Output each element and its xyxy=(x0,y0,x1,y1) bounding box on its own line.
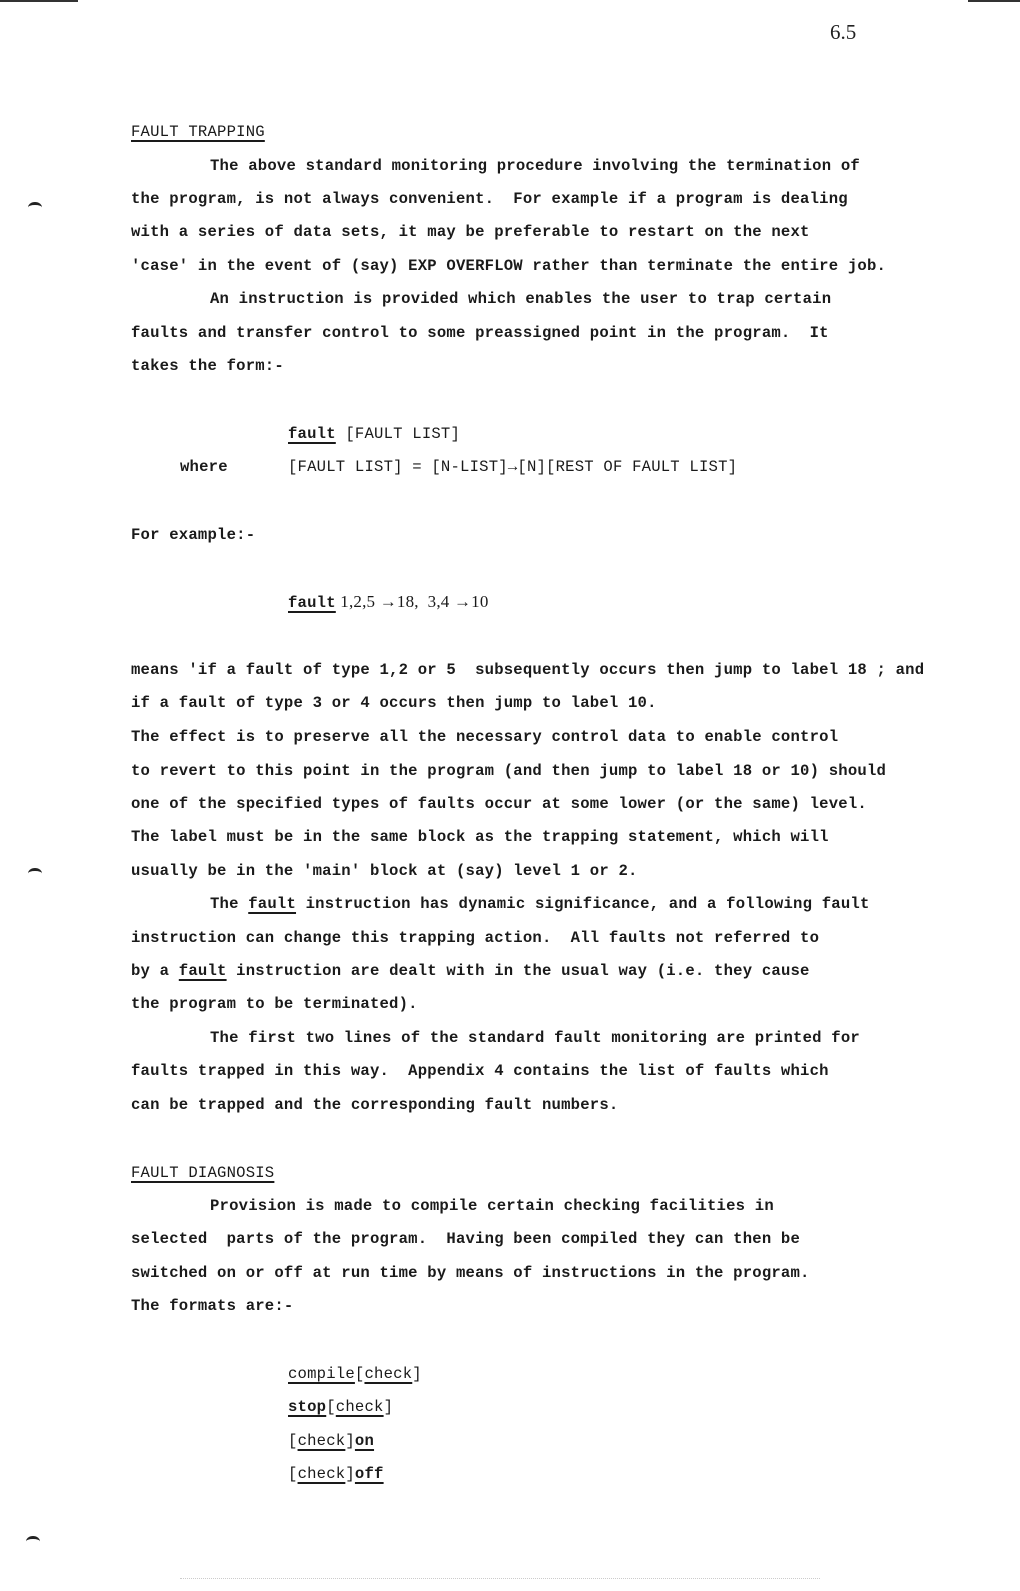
keyword-fault: fault xyxy=(248,895,296,913)
paragraph-line: by a fault instruction are dealt with in… xyxy=(131,961,810,981)
keyword-fault: fault xyxy=(288,594,336,612)
paragraph-line: usually be in the 'main' block at (say) … xyxy=(131,861,638,881)
section-heading-fault-diagnosis: FAULT DIAGNOSIS xyxy=(131,1163,274,1183)
paragraph-line: with a series of data sets, it may be pr… xyxy=(131,222,810,242)
syntax-form: fault [FAULT LIST] xyxy=(288,424,460,444)
paragraph-line: the program, is not always convenient. F… xyxy=(131,189,848,209)
keyword-fault: fault xyxy=(288,425,336,443)
format-stop-check: stop[check] xyxy=(288,1397,393,1417)
punch-hole-mark xyxy=(28,202,42,213)
punch-hole-mark xyxy=(26,1536,40,1547)
format-compile-check: compile[check] xyxy=(288,1364,422,1384)
paragraph-line: faults trapped in this way. Appendix 4 c… xyxy=(131,1061,829,1081)
scan-edge-mark-right xyxy=(968,0,1020,2)
page-number: 6.5 xyxy=(830,20,856,45)
paragraph-line: if a fault of type 3 or 4 occurs then ju… xyxy=(131,693,657,713)
paragraph-line: Provision is made to compile certain che… xyxy=(210,1196,774,1216)
paragraph-line: takes the form:- xyxy=(131,356,284,376)
example-code: fault 1,2,5 →18, 3,4 →10 xyxy=(288,592,489,613)
format-check-on: [check]on xyxy=(288,1431,374,1451)
paragraph-line: means 'if a fault of type 1,2 or 5 subse… xyxy=(131,660,924,680)
paragraph-line: faults and transfer control to some prea… xyxy=(131,323,829,343)
paragraph-line: The effect is to preserve all the necess… xyxy=(131,727,838,747)
example-label: For example:- xyxy=(131,525,255,545)
paragraph-line: can be trapped and the corresponding fau… xyxy=(131,1095,618,1115)
paragraph-line: The label must be in the same block as t… xyxy=(131,827,829,847)
paragraph-line: switched on or off at run time by means … xyxy=(131,1263,810,1283)
punch-hole-mark xyxy=(28,868,42,879)
scan-edge-mark-left xyxy=(0,0,78,2)
format-check-off: [check]off xyxy=(288,1464,384,1484)
keyword-fault: fault xyxy=(179,962,227,980)
paragraph-line: instruction can change this trapping act… xyxy=(131,928,819,948)
paragraph-line: selected parts of the program. Having be… xyxy=(131,1229,800,1249)
paragraph-line: The fault instruction has dynamic signif… xyxy=(210,894,870,914)
paragraph-line: to revert to this point in the program (… xyxy=(131,761,886,781)
faint-bleed-through-text xyxy=(180,1578,820,1583)
paragraph-line: The first two lines of the standard faul… xyxy=(210,1028,860,1048)
paragraph-line: An instruction is provided which enables… xyxy=(210,289,831,309)
where-label: where xyxy=(180,457,228,477)
syntax-definition: [FAULT LIST] = [N-LIST]→[N][REST OF FAUL… xyxy=(288,457,737,477)
paragraph-line: 'case' in the event of (say) EXP OVERFLO… xyxy=(131,256,886,276)
section-heading-fault-trapping: FAULT TRAPPING xyxy=(131,122,265,142)
paragraph-line: one of the specified types of faults occ… xyxy=(131,794,867,814)
paragraph-line: The formats are:- xyxy=(131,1296,293,1316)
paragraph-line: the program to be terminated). xyxy=(131,994,418,1014)
paragraph-line: The above standard monitoring procedure … xyxy=(210,156,860,176)
